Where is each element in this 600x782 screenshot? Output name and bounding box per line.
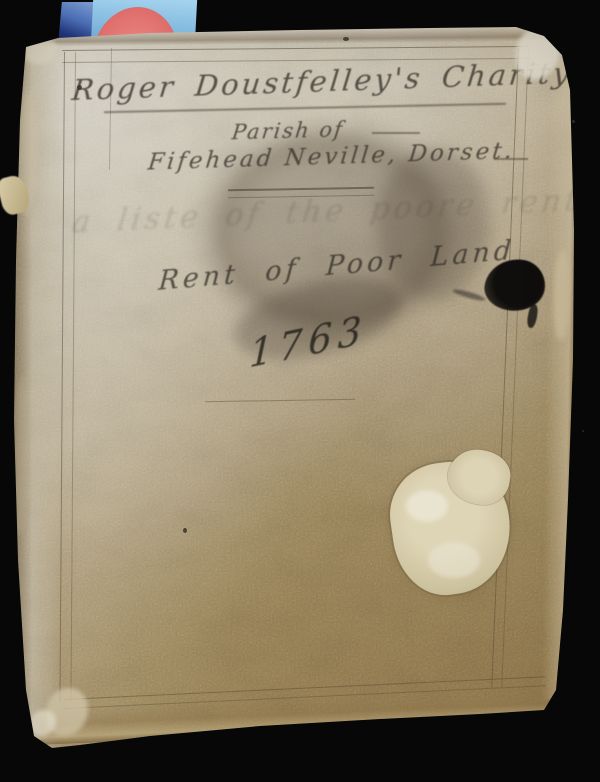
title-underline (104, 103, 506, 113)
faint-pen-line (205, 399, 355, 403)
parish-dash (372, 132, 420, 134)
ink-speck (183, 528, 187, 533)
ink-blot-streak (452, 287, 486, 302)
fore-edge-highlight (542, 58, 575, 700)
dust-speck (572, 120, 575, 123)
place-dash (494, 158, 528, 160)
book-cover: Roger Doustfelley's Charity Parish of Fi… (0, 0, 600, 782)
parish-inscription: Parish of (231, 117, 346, 144)
dust-speck (582, 430, 584, 432)
photo-stage: Roger Doustfelley's Charity Parish of Fi… (0, 0, 600, 782)
vellum-crease (109, 48, 112, 170)
title-inscription: Roger Doustfelley's Charity (70, 55, 574, 107)
patch-highlight (428, 542, 480, 578)
patch-highlight (406, 490, 448, 522)
ink-speck (343, 37, 349, 41)
